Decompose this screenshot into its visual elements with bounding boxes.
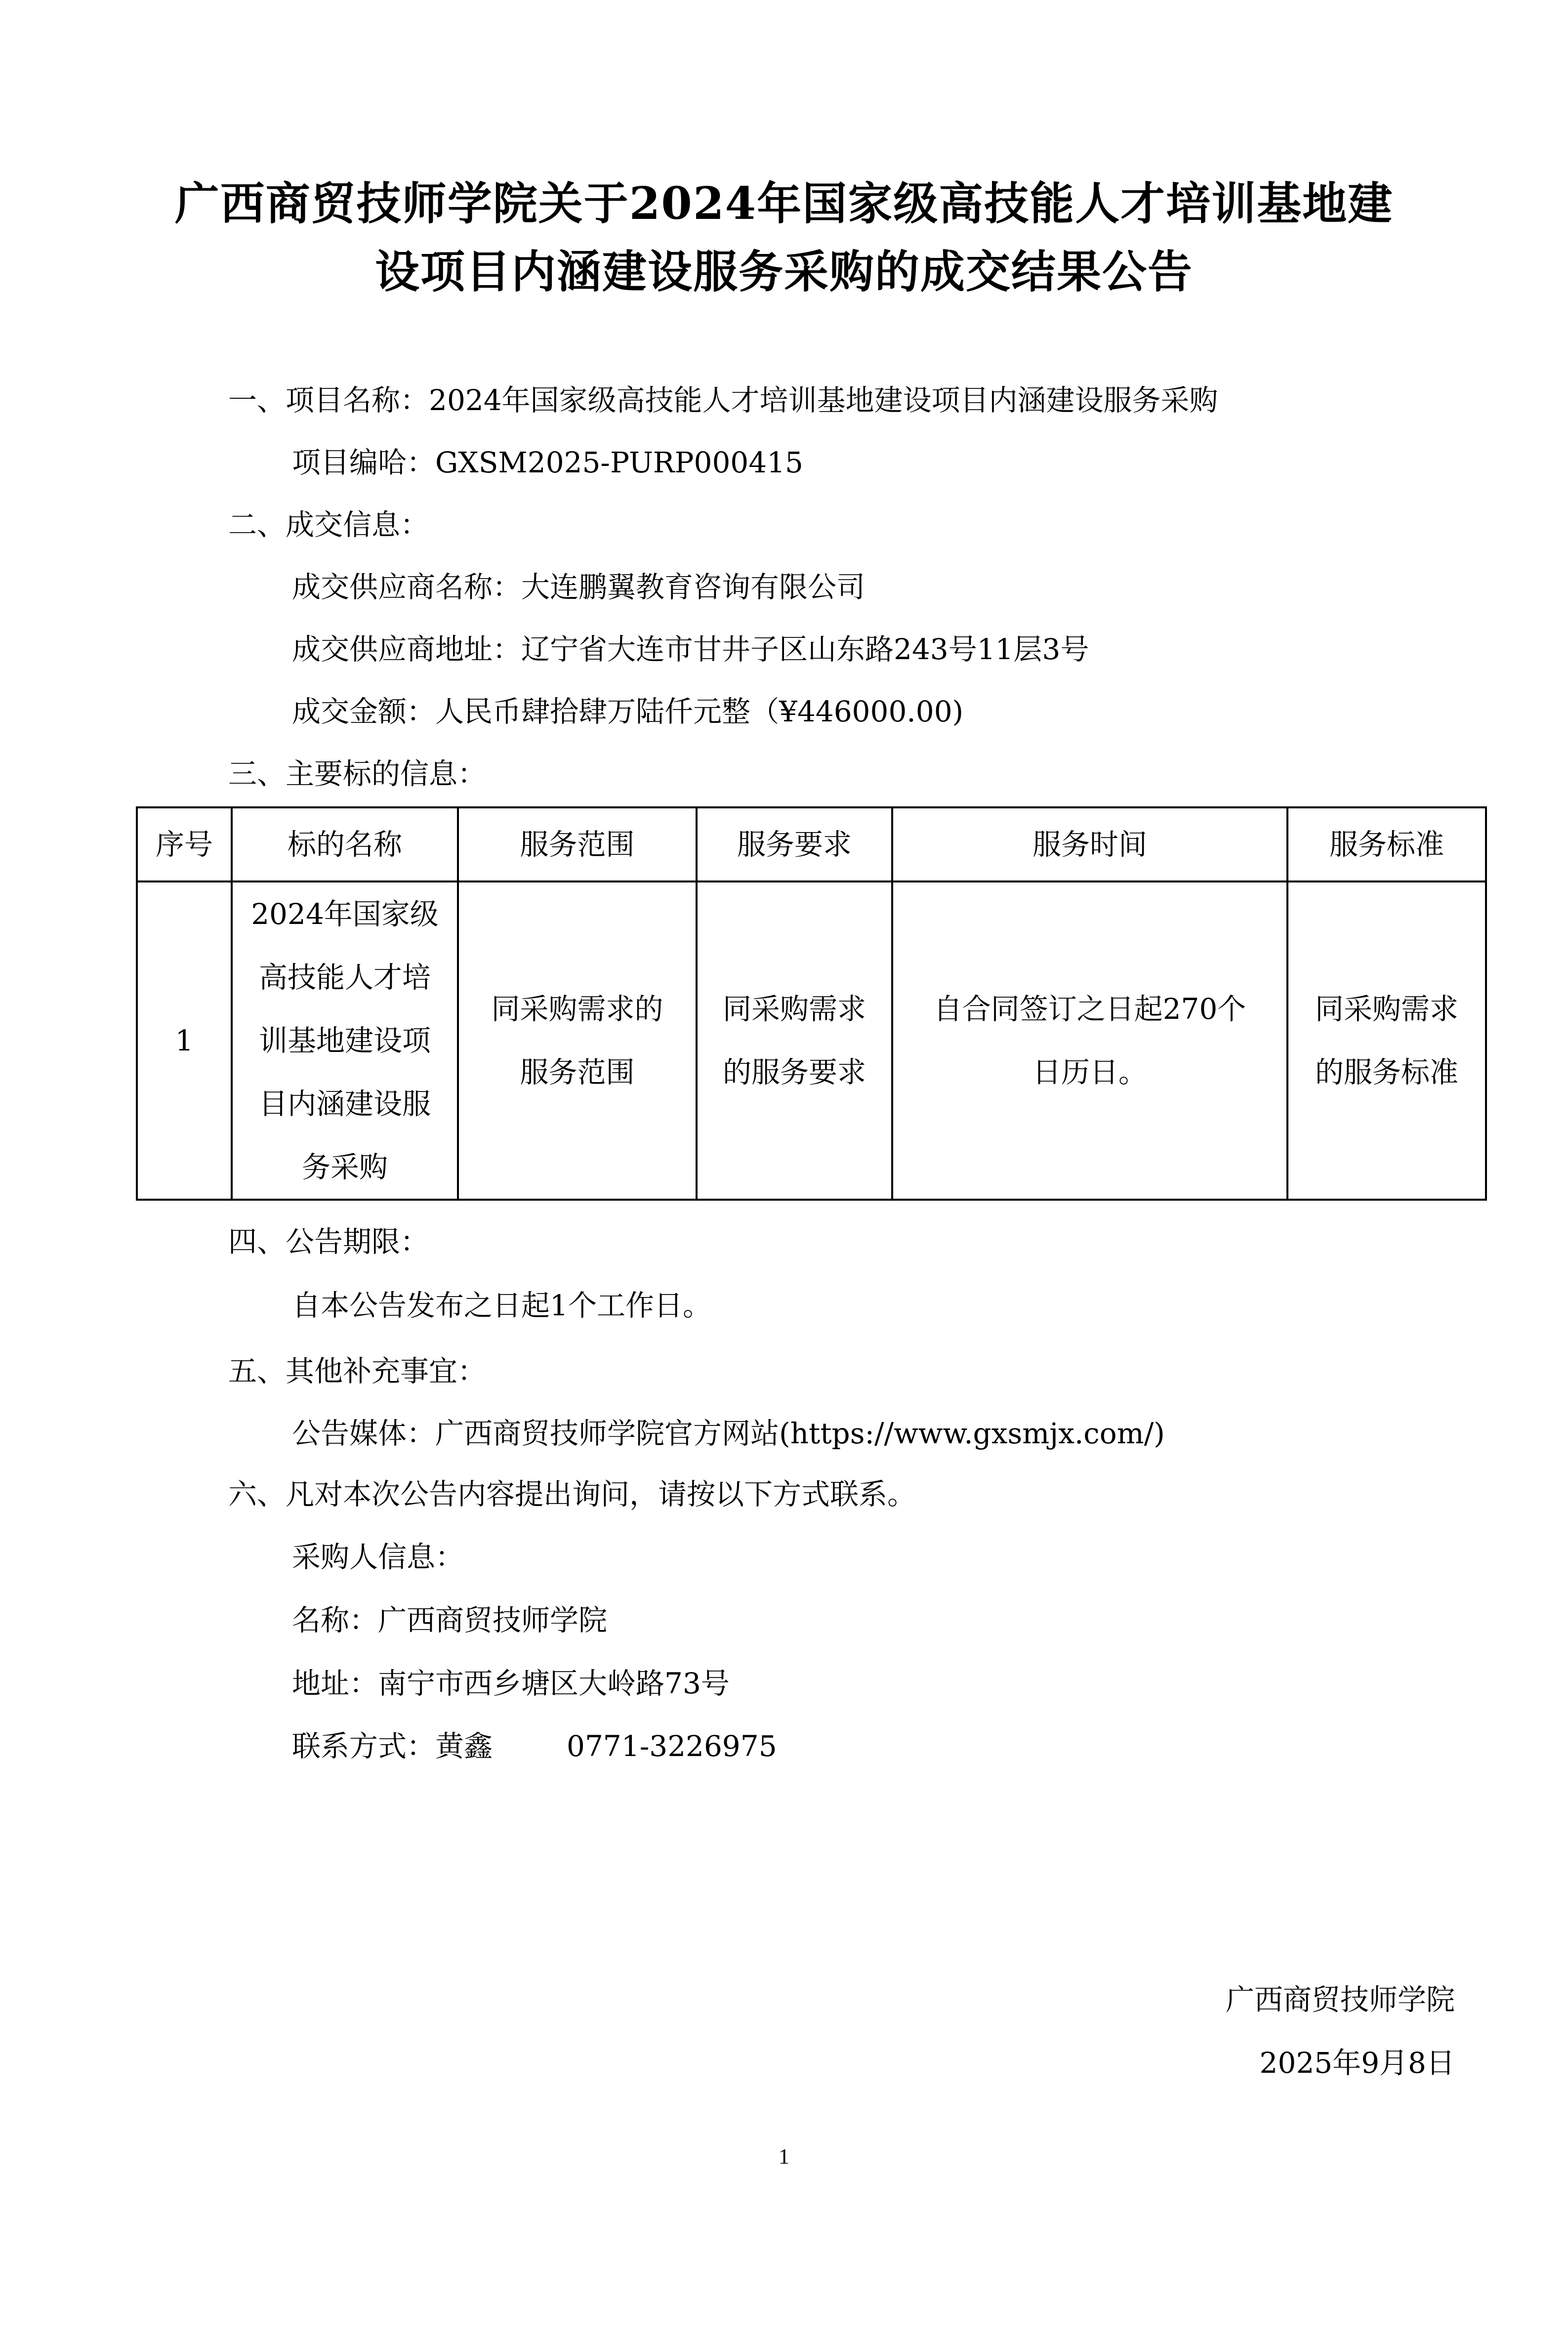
purchaser-name-label: 名称： [292, 1603, 378, 1637]
section-1-heading: 一、项目名称： [228, 383, 429, 417]
contact-person: 黄鑫 [435, 1729, 493, 1763]
cell-scope: 同采购需求的 服务范围 [458, 881, 697, 1200]
contact-label: 联系方式： [292, 1729, 435, 1763]
project-code-row: 项目编哈：GXSM2025-PURP000415 [292, 443, 803, 482]
cell-name-line: 务采购 [240, 1135, 450, 1199]
amount-value: 人民币肆拾肆万陆仟元整（¥446000.00) [435, 695, 963, 728]
amount-label: 成交金额： [292, 695, 435, 728]
purchaser-address-row: 地址：南宁市西乡塘区大岭路73号 [292, 1664, 730, 1703]
cell-name-line: 2024年国家级 [240, 882, 450, 946]
cell-name-line: 训基地建设项 [240, 1009, 450, 1072]
supplier-name-row: 成交供应商名称：大连鹏翼教育咨询有限公司 [292, 567, 865, 607]
supplier-address-row: 成交供应商地址：辽宁省大连市甘井子区山东路243号11层3号 [292, 629, 1089, 669]
supplier-address-value: 辽宁省大连市甘井子区山东路243号11层3号 [521, 632, 1089, 666]
cell-name-line: 高技能人才培 [240, 946, 450, 1009]
contact-phone: 0771-3226975 [567, 1729, 777, 1763]
column-header-index: 序号 [137, 807, 232, 881]
media-label: 公告媒体： [292, 1417, 435, 1450]
cell-name: 2024年国家级 高技能人才培 训基地建设项 目内涵建设服 务采购 [232, 881, 458, 1200]
signature-date: 2025年9月8日 [1260, 2043, 1455, 2083]
cell-name-line: 目内涵建设服 [240, 1072, 450, 1135]
amount-row: 成交金额：人民币肆拾肆万陆仟元整（¥446000.00) [292, 692, 963, 731]
section-5-heading: 五、其他补充事宜： [228, 1351, 486, 1391]
signature-organization: 广西商贸技师学院 [1226, 1980, 1455, 2019]
purchaser-info-heading: 采购人信息： [292, 1537, 464, 1577]
announcement-media-row: 公告媒体：广西商贸技师学院官方网站(https://www.gxsmjx.com… [292, 1414, 1165, 1453]
table-header-row: 序号 标的名称 服务范围 服务要求 服务时间 服务标准 [137, 807, 1486, 881]
cell-standard-line: 的服务标准 [1295, 1041, 1478, 1104]
column-header-time: 服务时间 [892, 807, 1287, 881]
cell-index: 1 [137, 881, 232, 1200]
cell-requirement: 同采购需求 的服务要求 [697, 881, 892, 1200]
purchaser-name-row: 名称：广西商贸技师学院 [292, 1600, 607, 1640]
cell-time-line: 日历日。 [900, 1041, 1279, 1104]
supplier-name-value: 大连鹏翼教育咨询有限公司 [521, 570, 865, 604]
column-header-scope: 服务范围 [458, 807, 697, 881]
purchaser-contact-row: 联系方式：黄鑫0771-3226975 [292, 1726, 777, 1766]
subject-info-table: 序号 标的名称 服务范围 服务要求 服务时间 服务标准 1 2024年国家级 高… [136, 806, 1487, 1201]
section-6-heading: 六、凡对本次公告内容提出询问，请按以下方式联系。 [228, 1474, 916, 1514]
cell-scope-line: 同采购需求的 [466, 977, 689, 1041]
section-4-heading: 四、公告期限： [228, 1222, 429, 1261]
cell-requirement-line: 同采购需求 [704, 977, 884, 1041]
cell-requirement-line: 的服务要求 [704, 1041, 884, 1104]
column-header-name: 标的名称 [232, 807, 458, 881]
column-header-requirement: 服务要求 [697, 807, 892, 881]
announcement-period-text: 自本公告发布之日起1个工作日。 [292, 1286, 711, 1325]
document-title-line-1: 广西商贸技师学院关于2024年国家级高技能人才培训基地建 [0, 174, 1568, 233]
column-header-standard: 服务标准 [1287, 807, 1486, 881]
page-number: 1 [0, 2142, 1568, 2172]
project-name-value: 2024年国家级高技能人才培训基地建设项目内涵建设服务采购 [429, 383, 1218, 417]
document-title-line-2: 设项目内涵建设服务采购的成交结果公告 [0, 242, 1568, 301]
section-3-heading: 三、主要标的信息： [228, 754, 486, 794]
cell-standard: 同采购需求 的服务标准 [1287, 881, 1486, 1200]
purchaser-address-label: 地址： [292, 1667, 378, 1700]
purchaser-name-value: 广西商贸技师学院 [378, 1603, 607, 1637]
purchaser-address-value: 南宁市西乡塘区大岭路73号 [378, 1667, 730, 1700]
cell-scope-line: 服务范围 [466, 1041, 689, 1104]
project-name-row: 一、项目名称：2024年国家级高技能人才培训基地建设项目内涵建设服务采购 [228, 380, 1218, 420]
project-code-label: 项目编哈： [292, 446, 435, 479]
cell-time: 自合同签订之日起270个 日历日。 [892, 881, 1287, 1200]
section-2-heading: 二、成交信息： [228, 505, 429, 545]
supplier-name-label: 成交供应商名称： [292, 570, 521, 604]
table-row: 1 2024年国家级 高技能人才培 训基地建设项 目内涵建设服 务采购 同采购需… [137, 881, 1486, 1200]
project-code-value: GXSM2025-PURP000415 [435, 446, 803, 479]
supplier-address-label: 成交供应商地址： [292, 632, 521, 666]
media-value-link[interactable]: 广西商贸技师学院官方网站(https://www.gxsmjx.com/) [435, 1417, 1165, 1450]
cell-time-line: 自合同签订之日起270个 [900, 977, 1279, 1041]
cell-standard-line: 同采购需求 [1295, 977, 1478, 1041]
